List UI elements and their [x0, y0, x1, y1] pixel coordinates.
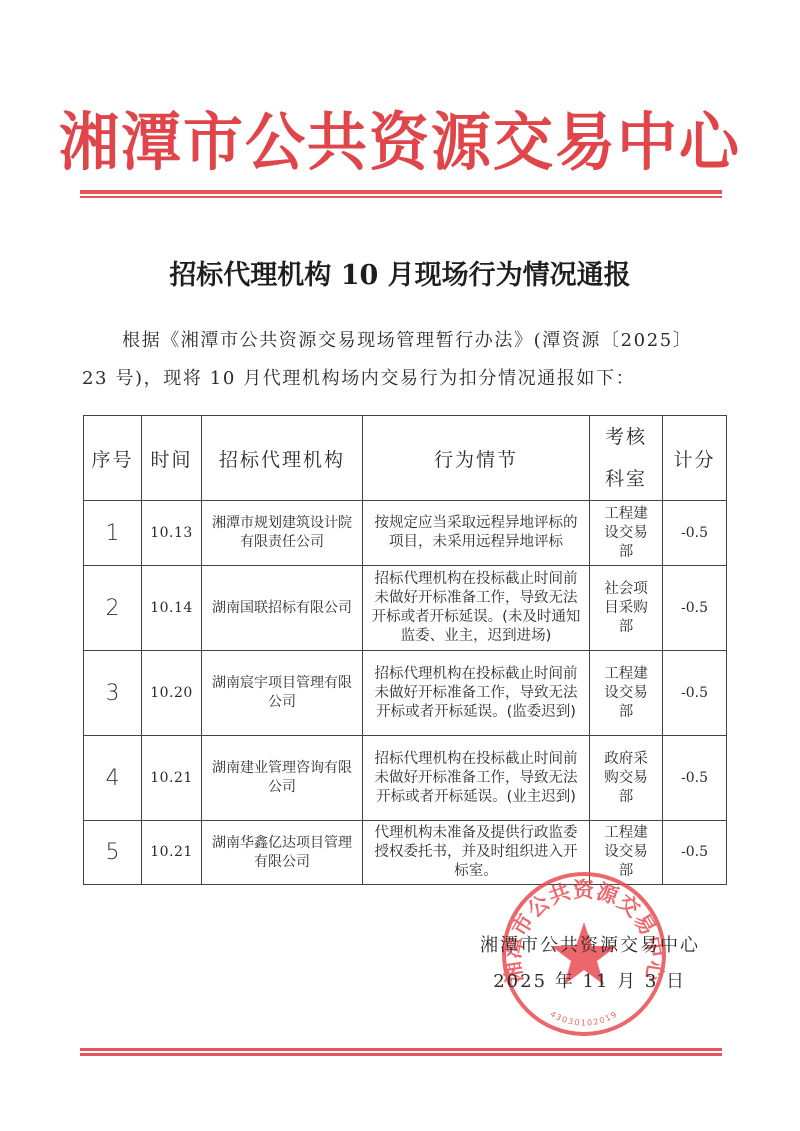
cell-score: -0.5	[663, 566, 727, 651]
cell-agency: 湖南宸宇项目管理有限公司	[202, 651, 363, 736]
cell-seq: 5	[84, 821, 142, 885]
document-title: 招标代理机构 10 月现场行为情况通报	[0, 258, 800, 294]
intro-line-2: 23 号)，现将 10 月代理机构场内交易行为扣分情况通报如下：	[82, 360, 722, 398]
cell-behavior: 招标代理机构在投标截止时间前未做好开标准备工作，导致无法开标或者开标延误。(业主…	[363, 736, 590, 821]
cell-score: -0.5	[663, 501, 727, 566]
cell-seq: 2	[84, 566, 142, 651]
cell-seq: 1	[84, 501, 142, 566]
cell-date: 10.13	[142, 501, 202, 566]
header-seq: 序号	[84, 416, 142, 501]
seal-code: 4303010201​9	[548, 1009, 619, 1027]
cell-agency: 湖南华鑫亿达项目管理有限公司	[202, 821, 363, 885]
cell-date: 10.14	[142, 566, 202, 651]
cell-agency: 湖南建业管理咨询有限公司	[202, 736, 363, 821]
header-score: 计分	[663, 416, 727, 501]
table-row: 4 10.21 湖南建业管理咨询有限公司 招标代理机构在投标截止时间前未做好开标…	[84, 736, 727, 821]
signature-org: 湘潭市公共资源交易中心	[430, 928, 700, 964]
header-dept-line1: 考核	[594, 416, 658, 458]
cell-agency: 湘潭市规划建筑设计院有限责任公司	[202, 501, 363, 566]
table-row: 1 10.13 湘潭市规划建筑设计院有限责任公司 按规定应当采取远程异地评标的项…	[84, 501, 727, 566]
cell-dept: 政府采购交易部	[590, 736, 663, 821]
cell-behavior: 招标代理机构在投标截止时间前未做好开标准备工作，导致无法开标或者开标延误。(监委…	[363, 651, 590, 736]
masthead-title: 湘潭市公共资源交易中心	[0, 106, 800, 180]
header-date: 时间	[142, 416, 202, 501]
cell-dept: 工程建设交易部	[590, 501, 663, 566]
cell-date: 10.21	[142, 736, 202, 821]
cell-seq: 4	[84, 736, 142, 821]
cell-date: 10.20	[142, 651, 202, 736]
table-row: 3 10.20 湖南宸宇项目管理有限公司 招标代理机构在投标截止时间前未做好开标…	[84, 651, 727, 736]
cell-dept: 工程建设交易部	[590, 651, 663, 736]
intro-line-1: 根据《湘潭市公共资源交易现场管理暂行办法》(潭资源〔2025〕	[82, 322, 722, 360]
cell-seq: 3	[84, 651, 142, 736]
signature-block: 湘潭市公共资源交易中心 2025 年 11 月 3 日	[430, 928, 700, 1000]
signature-date: 2025 年 11 月 3 日	[430, 964, 700, 1000]
cell-dept: 社会项目采购部	[590, 566, 663, 651]
cell-score: -0.5	[663, 736, 727, 821]
header-agency: 招标代理机构	[202, 416, 363, 501]
cell-behavior: 按规定应当采取远程异地评标的项目，未采用远程异地评标	[363, 501, 590, 566]
cell-agency: 湖南国联招标有限公司	[202, 566, 363, 651]
cell-score: -0.5	[663, 651, 727, 736]
table-header-row: 序号 时间 招标代理机构 行为情节 考核 科室 计分	[84, 416, 727, 501]
cell-behavior: 招标代理机构在投标截止时间前未做好开标准备工作，导致无法开标或者开标延误。(未及…	[363, 566, 590, 651]
header-divider	[80, 190, 722, 198]
cell-date: 10.21	[142, 821, 202, 885]
header-dept-line2: 科室	[594, 458, 658, 500]
svg-text:4303010201​9: 4303010201​9	[548, 1009, 619, 1027]
header-dept: 考核 科室	[590, 416, 663, 501]
table-row: 2 10.14 湖南国联招标有限公司 招标代理机构在投标截止时间前未做好开标准备…	[84, 566, 727, 651]
footer-divider	[80, 1048, 722, 1056]
header-behavior: 行为情节	[363, 416, 590, 501]
intro-paragraph: 根据《湘潭市公共资源交易现场管理暂行办法》(潭资源〔2025〕 23 号)，现将…	[82, 322, 722, 398]
penalty-table: 序号 时间 招标代理机构 行为情节 考核 科室 计分 1 10.13 湘潭市规划…	[83, 415, 727, 885]
cell-score: -0.5	[663, 821, 727, 885]
